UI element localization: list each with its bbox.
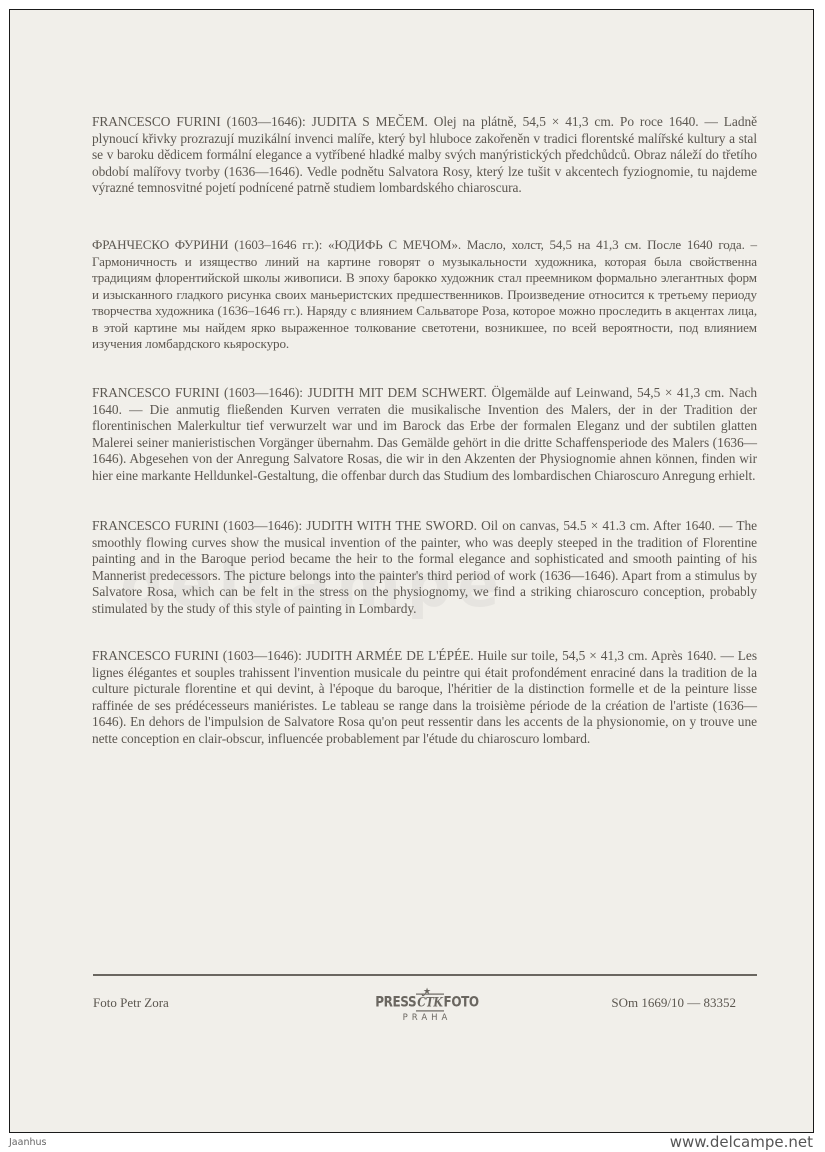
postcard-back: FRANCESCO FURINI (1603—1646): JUDITA S M… <box>9 9 814 1133</box>
description-english: FRANCESCO FURINI (1603—1646): JUDITH WIT… <box>92 518 757 617</box>
description-german: FRANCESCO FURINI (1603—1646): JUDITH MIT… <box>92 385 757 484</box>
site-watermark-url: www.delcampe.net <box>670 1133 813 1151</box>
description-czech: FRANCESCO FURINI (1603—1646): JUDITA S M… <box>92 114 757 197</box>
description-russian: ФРАНЧЕСКО ФУРИНИ (1603–1646 гг.): «ЮДИФЬ… <box>92 237 757 353</box>
description-french: FRANCESCO FURINI (1603—1646): JUDITH ARM… <box>92 648 757 747</box>
publisher-logo-wordmark: PRESSČTKFOTO <box>372 994 482 1012</box>
publisher-city: PRAHA <box>372 1013 482 1023</box>
logo-ctk: ČTK <box>416 994 443 1012</box>
publisher-logo: ★ PRESSČTKFOTO PRAHA <box>372 988 482 1023</box>
logo-press: PRESS <box>375 994 416 1011</box>
catalog-number: SOm 1669/10 — 83352 <box>611 995 736 1011</box>
logo-foto: FOTO <box>444 994 479 1011</box>
seller-username: Jaanhus <box>9 1137 46 1148</box>
photo-credit: Foto Petr Zora <box>93 995 169 1011</box>
footer-divider <box>93 974 757 976</box>
